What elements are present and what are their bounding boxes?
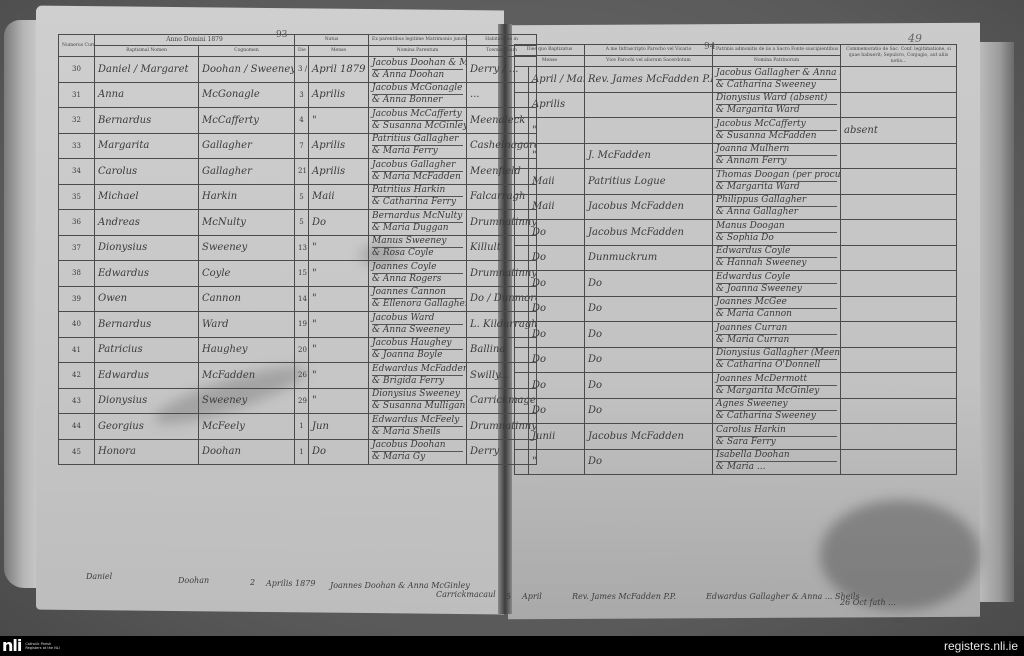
- table-row: "DoIsabella Doohan& Maria ...: [515, 449, 957, 475]
- entry-godfather: Philippus Gallagher: [716, 195, 837, 207]
- entry-month: ": [309, 388, 369, 414]
- header-remarks: Commemoratio de Sac. Conf. legitimatione…: [841, 45, 957, 67]
- entry-minister: Rev. James McFadden P.P. / Dunmuckrum: [585, 67, 713, 93]
- entry-month: Aprilis: [309, 82, 369, 108]
- entry-father: Jacobus McGonagle: [372, 83, 463, 95]
- entry-godmother: & Annam Ferry: [716, 156, 837, 167]
- entry-mother: & Susanna Mulligan: [372, 401, 463, 412]
- header-mense-right: Mense: [515, 56, 585, 67]
- entry-number: 40: [59, 312, 95, 338]
- bapt-month: Do: [529, 245, 585, 271]
- entry-day: 20: [295, 337, 309, 363]
- entry-name: Owen: [95, 286, 199, 312]
- entry-month: Maii: [309, 184, 369, 210]
- entry-godfather: Dionysius Gallagher (Meenalaragh): [716, 348, 837, 360]
- entry-day: 3: [295, 82, 309, 108]
- bapt-month: ": [529, 449, 585, 475]
- entry-minister: Do: [585, 347, 713, 373]
- entry-surname: Cannon: [199, 286, 295, 312]
- entry-day: 15: [295, 261, 309, 287]
- entry-month: Jun: [309, 414, 369, 440]
- bapt-month: April / Martii: [529, 67, 585, 93]
- entry-day: 3 / 21: [295, 57, 309, 83]
- footer-left-month: Aprilis 1879: [266, 579, 315, 588]
- right-register-table: Dies quo Baptizatus A me Infrascripto Pa…: [514, 44, 957, 475]
- entry-father: Jacobus Doohan: [372, 440, 463, 452]
- bapt-day: [515, 118, 529, 144]
- entry-day: 13: [295, 235, 309, 261]
- bapt-month: Do: [529, 296, 585, 322]
- entry-godmother: & Margarita Ward: [716, 105, 837, 116]
- entry-surname: Ward: [199, 312, 295, 338]
- entry-sponsors: Joannes Curran& Maria Curran: [713, 322, 841, 348]
- bapt-month: Do: [529, 373, 585, 399]
- entry-parents: Patritius Gallagher& Maria Ferry: [369, 133, 467, 159]
- entry-surname: Gallagher: [199, 133, 295, 159]
- header-mense: Mense: [309, 46, 369, 57]
- entry-number: 39: [59, 286, 95, 312]
- entry-sponsors: Edwardus Coyle& Joanna Sweeney: [713, 271, 841, 297]
- table-row: 41PatriciusHaughey20"Jacobus Haughey& Jo…: [59, 337, 537, 363]
- entry-godfather: Manus Doogan: [716, 221, 837, 233]
- entry-godmother: & Joanna Sweeney: [716, 284, 837, 295]
- entry-mother: & Brigida Ferry: [372, 376, 463, 387]
- entry-note: [841, 449, 957, 475]
- entry-number: 35: [59, 184, 95, 210]
- table-row: JuniiJacobus McFaddenCarolus Harkin& Sar…: [515, 424, 957, 450]
- entry-sponsors: Joannes McGee& Maria Cannon: [713, 296, 841, 322]
- entry-godmother: & Maria Curran: [716, 335, 837, 346]
- entry-day: 1: [295, 439, 309, 465]
- entry-parents: Dionysius Sweeney& Susanna Mulligan: [369, 388, 467, 414]
- header-baptismal-name: Baptismal Nomen: [95, 46, 199, 57]
- entry-minister: Patritius Logue: [585, 169, 713, 195]
- entry-surname: Sweeney: [199, 388, 295, 414]
- entry-name: Dionysius: [95, 235, 199, 261]
- entry-mother: & Anna Bonner: [372, 95, 463, 106]
- entry-name: Andreas: [95, 210, 199, 236]
- entry-minister: Jacobus McFadden: [585, 220, 713, 246]
- table-row: DoDoJoannes Curran& Maria Curran: [515, 322, 957, 348]
- entry-surname: McFeely: [199, 414, 295, 440]
- entry-minister: Do: [585, 373, 713, 399]
- entry-note: [841, 296, 957, 322]
- entry-sponsors: Thomas Doogan (per procurator)& Margarit…: [713, 169, 841, 195]
- bapt-month: ": [529, 118, 585, 144]
- entry-mother: & Anna Doohan: [372, 70, 463, 81]
- bapt-day: [515, 398, 529, 424]
- entry-mother: & Maria Ferry: [372, 146, 463, 157]
- entry-mother: & Rosa Coyle: [372, 248, 463, 259]
- entry-mother: & Anna Rogers: [372, 274, 463, 285]
- entry-godmother: & Hannah Sweeney: [716, 258, 837, 269]
- bapt-day: [515, 271, 529, 297]
- bapt-day: [515, 449, 529, 475]
- table-row: DoDoJoannes McGee& Maria Cannon: [515, 296, 957, 322]
- table-row: 34CarolusGallagher21AprilisJacobus Galla…: [59, 159, 537, 185]
- entry-father: Patritius Gallagher: [372, 134, 463, 146]
- entry-parents: Bernardus McNulty& Maria Duggan: [369, 210, 467, 236]
- bapt-month: Do: [529, 398, 585, 424]
- entry-mother: & Susanna McGinley: [372, 121, 463, 132]
- entry-father: Jacobus Doohan & Mary McGinley: [372, 58, 463, 70]
- bapt-month: ": [529, 143, 585, 169]
- bapt-day: [515, 424, 529, 450]
- entry-name: Honora: [95, 439, 199, 465]
- entry-godfather: Joanna Mulhern: [716, 144, 837, 156]
- entry-godfather: Jacobus Gallagher & Anna Doohan: [716, 68, 837, 80]
- entry-minister: Dunmuckrum: [585, 245, 713, 271]
- table-row: DoDoJoannes McDermott& Margarita McGinle…: [515, 373, 957, 399]
- entry-month: ": [309, 363, 369, 389]
- entry-note: [841, 271, 957, 297]
- entry-surname: McNulty: [199, 210, 295, 236]
- entry-godfather: Edwardus Coyle: [716, 246, 837, 258]
- table-row: AprilisDionysius Ward (absent)& Margarit…: [515, 92, 957, 118]
- bapt-month: Do: [529, 322, 585, 348]
- entry-sponsors: Jacobus Gallagher & Anna Doohan& Cathari…: [713, 67, 841, 93]
- entry-name: Patricius: [95, 337, 199, 363]
- entry-surname: McFadden: [199, 363, 295, 389]
- table-row: 43DionysiusSweeney29"Dionysius Sweeney& …: [59, 388, 537, 414]
- entry-note: [841, 143, 957, 169]
- entry-godmother: & Maria ...: [716, 462, 837, 473]
- table-row: DoDoAgnes Sweeney& Catharina Sweeney: [515, 398, 957, 424]
- entry-mother: & Maria Gy: [372, 452, 463, 463]
- entry-surname: McGonagle: [199, 82, 295, 108]
- entry-day: 5: [295, 184, 309, 210]
- entry-number: 44: [59, 414, 95, 440]
- table-row: 32BernardusMcCafferty4"Jacobus McCaffert…: [59, 108, 537, 134]
- entry-name: Michael: [95, 184, 199, 210]
- entry-godmother: & Catharina Sweeney: [716, 80, 837, 91]
- footer-right-minister: Rev. James McFadden P.P.: [572, 592, 676, 601]
- header-cognomen: Cognomen: [199, 46, 295, 57]
- entry-mother: & Maria McFadden: [372, 172, 463, 183]
- entry-minister: [585, 92, 713, 118]
- entry-sponsors: Philippus Gallagher& Anna Gallagher: [713, 194, 841, 220]
- entry-parents: Jacobus Doohan& Maria Gy: [369, 439, 467, 465]
- entry-minister: Do: [585, 296, 713, 322]
- table-row: 35MichaelHarkin5MaiiPatritius Harkin& Ca…: [59, 184, 537, 210]
- entry-godfather: Joannes McGee: [716, 297, 837, 309]
- entry-day: 4: [295, 108, 309, 134]
- bapt-day: [515, 67, 529, 93]
- entry-number: 31: [59, 82, 95, 108]
- entry-name: Margarita: [95, 133, 199, 159]
- entry-father: Joannes Coyle: [372, 262, 463, 274]
- entry-parents: Manus Sweeney& Rosa Coyle: [369, 235, 467, 261]
- header-minister: A me Infrascripto Parocho vel Vicario: [585, 45, 713, 56]
- entry-mother: & Anna Sweeney: [372, 325, 463, 336]
- entry-sponsors: Agnes Sweeney& Catharina Sweeney: [713, 398, 841, 424]
- entry-surname: Doohan: [199, 439, 295, 465]
- book-page-edges-right: [978, 42, 1014, 602]
- entry-parents: Jacobus Doohan & Mary McGinley& Anna Doo…: [369, 57, 467, 83]
- entry-note: [841, 373, 957, 399]
- image-viewer[interactable]: 93 94 49 Numerus Currens Anno Domini 187…: [0, 0, 1024, 636]
- entry-sponsors: Jacobus McCafferty& Susanna McFadden: [713, 118, 841, 144]
- bapt-day: [515, 245, 529, 271]
- entry-minister: Do: [585, 398, 713, 424]
- entry-month: April 1879 / Martii: [309, 57, 369, 83]
- entry-sponsors: Isabella Doohan& Maria ...: [713, 449, 841, 475]
- entry-number: 32: [59, 108, 95, 134]
- header-parents-sub: Nomina Parentum: [369, 46, 467, 57]
- entry-note: [841, 245, 957, 271]
- header-minister-sub: Vice Parochi vel aliorum Sacerdotum: [585, 56, 713, 67]
- header-sponsors-sub: Nomina Patrinorum: [713, 56, 841, 67]
- entry-mother: & Ellenora Gallagher: [372, 299, 463, 310]
- entry-day: 7: [295, 133, 309, 159]
- entry-godmother: & Margarita McGinley: [716, 386, 837, 397]
- entry-mother: & Maria Sheils: [372, 427, 463, 438]
- header-parents: Ex parentibus legitime Matrimonio juncti…: [369, 35, 467, 46]
- left-register-table: Numerus Currens Anno Domini 1879 Natus E…: [58, 34, 537, 465]
- entry-father: Bernardus McNulty: [372, 211, 463, 223]
- entry-parents: Jacobus Ward& Anna Sweeney: [369, 312, 467, 338]
- bapt-day: [515, 194, 529, 220]
- entry-surname: McCafferty: [199, 108, 295, 134]
- header-sponsors: Patrinis admonitis de iis a Sacro Fonte …: [713, 45, 841, 56]
- entry-day: 29: [295, 388, 309, 414]
- entry-parents: Jacobus Haughey& Joanna Boyle: [369, 337, 467, 363]
- entry-number: 45: [59, 439, 95, 465]
- entry-name: Daniel / Margaret: [95, 57, 199, 83]
- entry-sponsors: Edwardus Coyle& Hannah Sweeney: [713, 245, 841, 271]
- entry-godfather: Edwardus Coyle: [716, 272, 837, 284]
- entry-parents: Patritius Harkin& Catharina Ferry: [369, 184, 467, 210]
- table-row: 33MargaritaGallagher7AprilisPatritius Ga…: [59, 133, 537, 159]
- footer-right-day: 5: [506, 592, 511, 601]
- entry-number: 30: [59, 57, 95, 83]
- entry-name: Georgius: [95, 414, 199, 440]
- table-row: DoDoDionysius Gallagher (Meenalaragh)& C…: [515, 347, 957, 373]
- table-row: 38EdwardusCoyle15"Joannes Coyle& Anna Ro…: [59, 261, 537, 287]
- entry-name: Bernardus: [95, 108, 199, 134]
- bapt-day: [515, 322, 529, 348]
- entry-godfather: Joannes Curran: [716, 323, 837, 335]
- entry-godfather: Carolus Harkin: [716, 425, 837, 437]
- entry-godfather: Agnes Sweeney: [716, 399, 837, 411]
- bapt-month: Do: [529, 220, 585, 246]
- table-row: DoDunmuckrumEdwardus Coyle& Hannah Sween…: [515, 245, 957, 271]
- entry-surname: Sweeney: [199, 235, 295, 261]
- entry-month: ": [309, 337, 369, 363]
- site-link[interactable]: registers.nli.ie: [944, 638, 1018, 654]
- entry-month: Do: [309, 439, 369, 465]
- nli-logo-mark: nli: [2, 637, 21, 655]
- entry-surname: Gallagher: [199, 159, 295, 185]
- entry-mother: & Joanna Boyle: [372, 350, 463, 361]
- entry-godmother: & Maria Cannon: [716, 309, 837, 320]
- footer-right-month: April: [522, 592, 542, 601]
- entry-minister: [585, 118, 713, 144]
- entry-note: absent: [841, 118, 957, 144]
- entry-surname: Haughey: [199, 337, 295, 363]
- table-row: 44GeorgiusMcFeely1JunEdwardus McFeely& M…: [59, 414, 537, 440]
- entry-godfather: Joannes McDermott: [716, 374, 837, 386]
- entry-name: Edwardus: [95, 261, 199, 287]
- header-baptism-date: Dies quo Baptizatus: [515, 45, 585, 56]
- entry-parents: Edwardus McFeely& Maria Sheils: [369, 414, 467, 440]
- entry-surname: Doohan / Sweeney: [199, 57, 295, 83]
- entry-day: 5: [295, 210, 309, 236]
- bapt-month: Junii: [529, 424, 585, 450]
- footer-left-day: 2: [250, 578, 255, 587]
- entry-godmother: & Catharina Sweeney: [716, 411, 837, 422]
- table-row: MaiiJacobus McFaddenPhilippus Gallagher&…: [515, 194, 957, 220]
- entry-month: Do: [309, 210, 369, 236]
- entry-note: [841, 194, 957, 220]
- bapt-day: [515, 373, 529, 399]
- footer-left-name: Daniel: [86, 572, 112, 581]
- entry-minister: J. McFadden: [585, 143, 713, 169]
- entry-parents: Joannes Cannon& Ellenora Gallagher: [369, 286, 467, 312]
- entry-godfather: Thomas Doogan (per procurator): [716, 170, 837, 182]
- entry-minister: Do: [585, 322, 713, 348]
- entry-month: ": [309, 261, 369, 287]
- entry-month: ": [309, 235, 369, 261]
- entry-godmother: & Catharina O'Donnell: [716, 360, 837, 371]
- entry-mother: & Maria Duggan: [372, 223, 463, 234]
- entry-parents: Edwardus McFadden& Brigida Ferry: [369, 363, 467, 389]
- entry-day: 21: [295, 159, 309, 185]
- entry-number: 43: [59, 388, 95, 414]
- table-row: 39OwenCannon14"Joannes Cannon& Ellenora …: [59, 286, 537, 312]
- table-row: April / MartiiRev. James McFadden P.P. /…: [515, 67, 957, 93]
- header-die: Die: [295, 46, 309, 57]
- entry-minister: Do: [585, 449, 713, 475]
- entry-godmother: & Sophia Do: [716, 233, 837, 244]
- bapt-day: [515, 169, 529, 195]
- entry-minister: Do: [585, 271, 713, 297]
- entry-month: ": [309, 286, 369, 312]
- footer-right-note: 26 Oct fath ...: [840, 598, 896, 607]
- entry-name: Dionysius: [95, 388, 199, 414]
- entry-father: Joannes Cannon: [372, 287, 463, 299]
- entry-note: [841, 169, 957, 195]
- table-row: 31AnnaMcGonagle3AprilisJacobus McGonagle…: [59, 82, 537, 108]
- entry-parents: Jacobus McCafferty& Susanna McGinley: [369, 108, 467, 134]
- nli-logo[interactable]: nli Catholic Parish Registers at the NLI: [2, 637, 61, 655]
- entry-day: 14: [295, 286, 309, 312]
- header-natus: Natus: [295, 35, 369, 46]
- entry-godfather: Jacobus McCafferty: [716, 119, 837, 131]
- table-row: DoDoEdwardus Coyle& Joanna Sweeney: [515, 271, 957, 297]
- table-row: 36AndreasMcNulty5DoBernardus McNulty& Ma…: [59, 210, 537, 236]
- footer-left-abode: Carrickmacaul: [436, 590, 496, 599]
- entry-note: [841, 220, 957, 246]
- table-row: 45HonoraDoohan1DoJacobus Doohan& Maria G…: [59, 439, 537, 465]
- table-row: "Jacobus McCafferty& Susanna McFaddenabs…: [515, 118, 957, 144]
- entry-father: Edwardus McFadden: [372, 364, 463, 376]
- bapt-month: Do: [529, 271, 585, 297]
- entry-father: Patritius Harkin: [372, 185, 463, 197]
- entry-sponsors: Manus Doogan& Sophia Do: [713, 220, 841, 246]
- entry-sponsors: Carolus Harkin& Sara Ferry: [713, 424, 841, 450]
- table-row: "J. McFaddenJoanna Mulhern& Annam Ferry: [515, 143, 957, 169]
- table-row: MaiiPatritius LogueThomas Doogan (per pr…: [515, 169, 957, 195]
- entry-number: 36: [59, 210, 95, 236]
- entry-name: Bernardus: [95, 312, 199, 338]
- entry-number: 37: [59, 235, 95, 261]
- entry-note: [841, 347, 957, 373]
- entry-godmother: & Susanna McFadden: [716, 131, 837, 142]
- footer-right-sponsors: Edwardus Gallagher & Anna ... Sheils: [706, 592, 860, 601]
- entry-godmother: & Margarita Ward: [716, 182, 837, 193]
- header-numerus: Numerus Currens: [59, 35, 95, 57]
- entry-father: Manus Sweeney: [372, 236, 463, 248]
- entry-godmother: & Anna Gallagher: [716, 207, 837, 218]
- footer-left-surname: Doohan: [178, 576, 209, 585]
- nli-logo-text: Catholic Parish Registers at the NLI: [25, 642, 61, 650]
- entry-note: [841, 92, 957, 118]
- entry-parents: Joannes Coyle& Anna Rogers: [369, 261, 467, 287]
- entry-number: 41: [59, 337, 95, 363]
- entry-surname: Coyle: [199, 261, 295, 287]
- entry-father: Jacobus McCafferty: [372, 109, 463, 121]
- table-row: DoJacobus McFaddenManus Doogan& Sophia D…: [515, 220, 957, 246]
- viewer-footer: nli Catholic Parish Registers at the NLI…: [0, 636, 1024, 656]
- entry-mother: & Catharina Ferry: [372, 197, 463, 208]
- table-row: 37DionysiusSweeney13"Manus Sweeney& Rosa…: [59, 235, 537, 261]
- entry-number: 34: [59, 159, 95, 185]
- footer-left-parents: Joannes Doohan & Anna McGinley: [330, 581, 470, 590]
- entry-number: 33: [59, 133, 95, 159]
- entry-father: Edwardus McFeely: [372, 415, 463, 427]
- entry-month: Aprilis: [309, 159, 369, 185]
- table-row: 42EdwardusMcFadden26"Edwardus McFadden& …: [59, 363, 537, 389]
- table-row: 40BernardusWard19"Jacobus Ward& Anna Swe…: [59, 312, 537, 338]
- bapt-day: [515, 220, 529, 246]
- entry-day: 26: [295, 363, 309, 389]
- entry-sponsors: Dionysius Ward (absent)& Margarita Ward: [713, 92, 841, 118]
- entry-parents: Jacobus Gallagher& Maria McFadden: [369, 159, 467, 185]
- header-year: Anno Domini 1879: [95, 35, 295, 46]
- entry-parents: Jacobus McGonagle& Anna Bonner: [369, 82, 467, 108]
- entry-name: Edwardus: [95, 363, 199, 389]
- entry-number: 38: [59, 261, 95, 287]
- bapt-day: [515, 92, 529, 118]
- entry-number: 42: [59, 363, 95, 389]
- entry-sponsors: Dionysius Gallagher (Meenalaragh)& Catha…: [713, 347, 841, 373]
- entry-name: Anna: [95, 82, 199, 108]
- entry-day: 1: [295, 414, 309, 440]
- entry-name: Carolus: [95, 159, 199, 185]
- entry-father: Jacobus Ward: [372, 313, 463, 325]
- table-row: 30Daniel / MargaretDoohan / Sweeney3 / 2…: [59, 57, 537, 83]
- entry-month: ": [309, 312, 369, 338]
- bapt-day: [515, 347, 529, 373]
- entry-sponsors: Joanna Mulhern& Annam Ferry: [713, 143, 841, 169]
- entry-father: Jacobus Gallagher: [372, 160, 463, 172]
- entry-note: [841, 322, 957, 348]
- entry-day: 19: [295, 312, 309, 338]
- entry-minister: Jacobus McFadden: [585, 424, 713, 450]
- bapt-month: Maii: [529, 194, 585, 220]
- entry-godmother: & Sara Ferry: [716, 437, 837, 448]
- entry-father: Dionysius Sweeney: [372, 389, 463, 401]
- bapt-day: [515, 296, 529, 322]
- entry-godfather: Dionysius Ward (absent): [716, 93, 837, 105]
- bapt-month: Maii: [529, 169, 585, 195]
- bapt-month: Do: [529, 347, 585, 373]
- entry-note: [841, 398, 957, 424]
- entry-godfather: Isabella Doohan: [716, 450, 837, 462]
- entry-sponsors: Joannes McDermott& Margarita McGinley: [713, 373, 841, 399]
- bapt-day: [515, 143, 529, 169]
